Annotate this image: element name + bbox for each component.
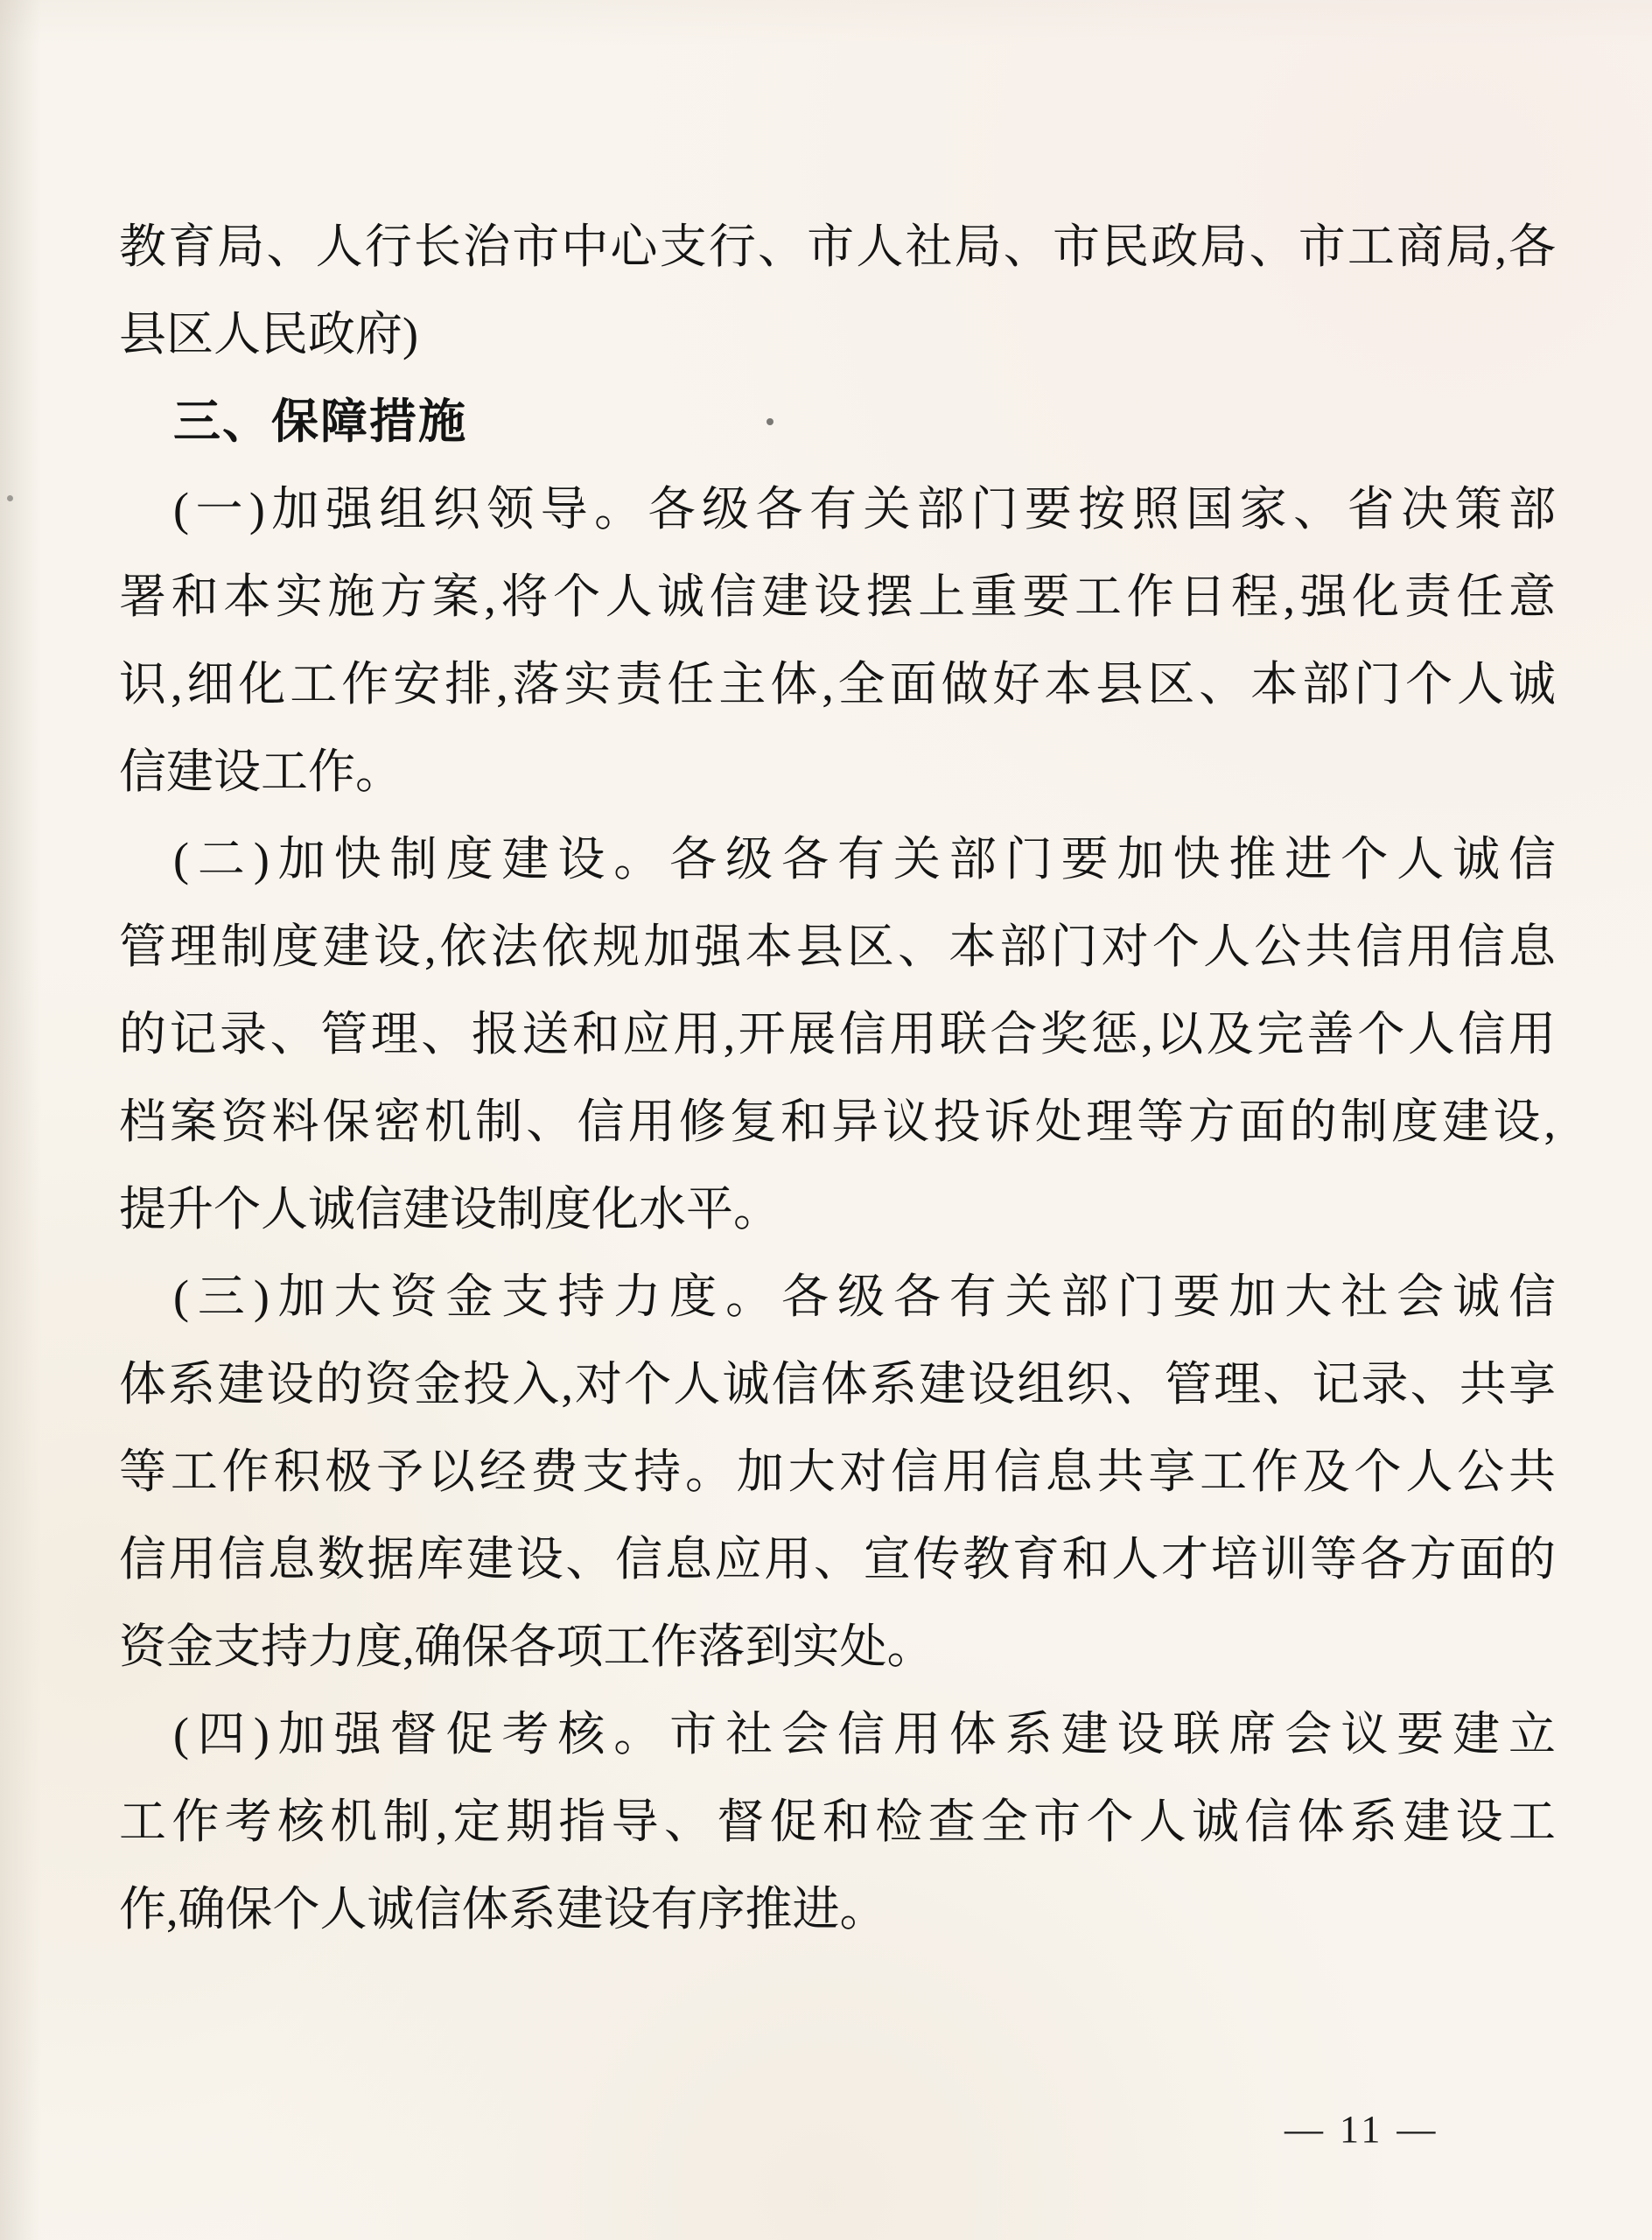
paragraph-line: (一)加强组织领导。各级各有关部门要按照国家、省决策部 [119,465,1556,553]
paragraph-line: 信用信息数据库建设、信息应用、宣传教育和人才培训等各方面的 [119,1515,1556,1603]
paragraph-line: 识,细化工作安排,落实责任主体,全面做好本县区、本部门个人诚 [119,640,1556,728]
paragraph-line: 署和本实施方案,将个人诚信建设摆上重要工作日程,强化责任意 [119,553,1556,640]
paragraph-line: (二)加快制度建设。各级各有关部门要加快推进个人诚信 [119,815,1556,903]
paragraph-line: 体系建设的资金投入,对个人诚信体系建设组织、管理、记录、共享 [119,1340,1556,1428]
paragraph-line: 工作考核机制,定期指导、督促和检查全市个人诚信体系建设工 [119,1778,1556,1865]
page-number: — 11 — [1284,2107,1438,2152]
paragraph-line: 提升个人诚信建设制度化水平。 [119,1165,1556,1253]
scanned-document-page: 教育局、人行长治市中心支行、市人社局、市民政局、市工商局,各县区人民政府)三、保… [0,0,1652,2240]
paragraph-line: 资金支持力度,确保各项工作落到实处。 [119,1603,1556,1690]
paragraph-line: 作,确保个人诚信体系建设有序推进。 [119,1865,1556,1953]
paragraph-line: (四)加强督促考核。市社会信用体系建设联席会议要建立 [119,1690,1556,1778]
document-body: 教育局、人行长治市中心支行、市人社局、市民政局、市工商局,各县区人民政府)三、保… [119,203,1556,1953]
paragraph-line: 的记录、管理、报送和应用,开展信用联合奖惩,以及完善个人信用 [119,990,1556,1078]
heading-line: 三、保障措施 [119,378,1556,465]
paragraph-line: 信建设工作。 [119,728,1556,815]
paragraph-line: 等工作积极予以经费支持。加大对信用信息共享工作及个人公共 [119,1428,1556,1515]
paragraph-line: 档案资料保密机制、信用修复和异议投诉处理等方面的制度建设, [119,1078,1556,1165]
scan-speck [766,418,773,425]
scan-speck [7,495,13,501]
paragraph-line: (三)加大资金支持力度。各级各有关部门要加大社会诚信 [119,1253,1556,1340]
continuation-line: 县区人民政府) [119,290,1556,378]
continuation-line: 教育局、人行长治市中心支行、市人社局、市民政局、市工商局,各 [119,203,1556,290]
paragraph-line: 管理制度建设,依法依规加强本县区、本部门对个人公共信用信息 [119,903,1556,990]
